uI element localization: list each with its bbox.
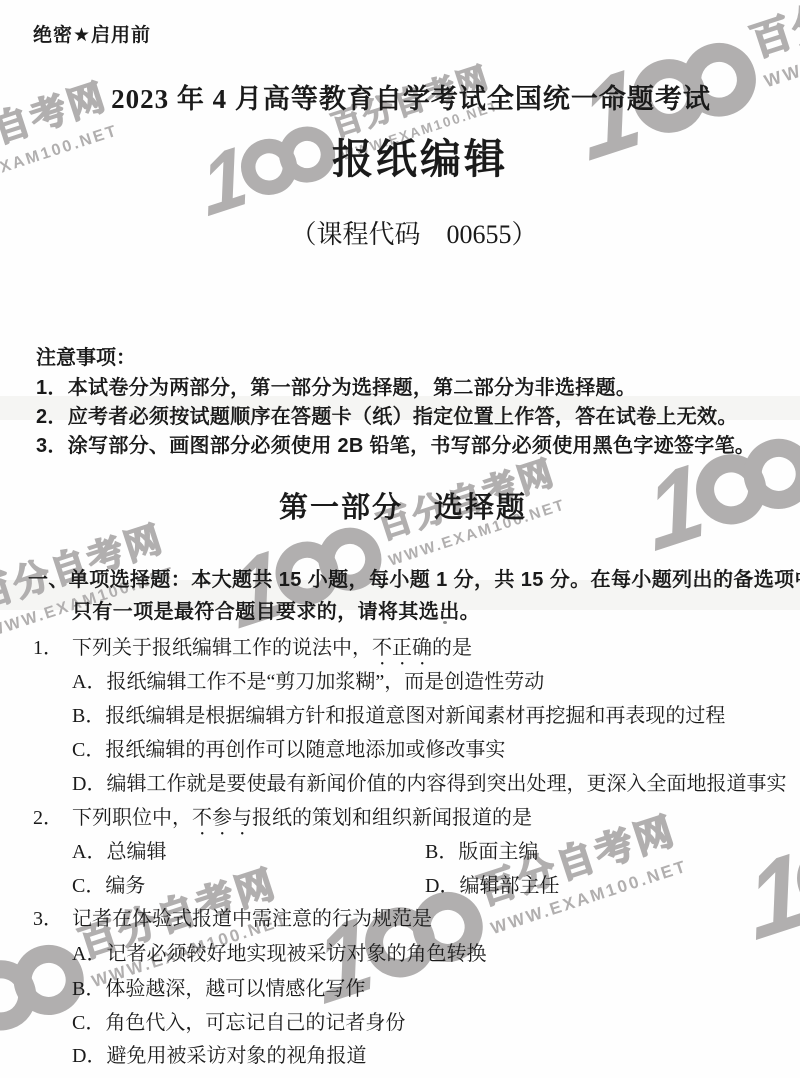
question-2-options-row-2: C．编务 D．编辑部主任 [72,869,145,898]
question-1-option-c: C．报纸编辑的再创作可以随意地添加或修改事实 [72,733,505,762]
emphasized-text: 不参与 [192,807,252,829]
course-code: （课程代码 00655） [0,214,800,251]
question-3-text: 记者在体验式报道中需注意的行为规范是 [72,908,432,930]
question-3-number: 3． [33,902,72,931]
question-3: 3．记者在体验式报道中需注意的行为规范是 [33,902,432,931]
question-2-option-a: A．总编辑 [72,841,166,863]
question-3-option-b: B．体验越深，越可以情感化写作 [72,972,365,1001]
question-3-option-d: D．避免用被采访对象的视角报道 [72,1039,366,1068]
question-1-option-d: D．编辑工作就是要使最有新闻价值的内容得到突出处理，更深入全面地报道事实 [72,767,786,796]
secret-label: 绝密★启用前 [33,20,151,47]
notice-item-3: 3．涂写部分、画图部分必须使用 2B 铅笔，书写部分必须使用黑色字迹签字笔。 [36,429,755,458]
ring-icon [0,951,45,1039]
notice-item-2: 2．应考者必须按试题顺序在答题卡（纸）指定位置上作答，答在试卷上无效。 [36,400,738,429]
question-3-option-a: A．记者必须较好地实现被采访对象的角色转换 [72,937,486,966]
emphasized-text: 不正确 [372,637,432,659]
section-intro-line-2: 只有一项是最符合题目要求的，请将其选出。 [72,595,480,624]
exam-title: 2023 年 4 月高等教育自学考试全国统一命题考试 [0,77,800,116]
question-1-option-b: B．报纸编辑是根据编辑方针和报道意图对新闻素材再挖掘和再表现的过程 [72,699,725,728]
question-2-text: 下列职位中，不参与报纸的策划和组织新闻报道的是 [72,807,532,829]
notice-item-1: 1．本试卷分为两部分，第一部分为选择题，第二部分为非选择题。 [36,371,636,400]
question-2-option-d: D．编辑部主任 [425,869,559,898]
watermark-brand-text: 百分自考网 [746,0,800,67]
subject-title: 报纸编辑 [0,126,800,185]
question-1-number: 1． [33,631,72,660]
question-2-option-c: C．编务 [72,875,145,897]
question-2-number: 2． [33,801,72,830]
question-3-option-c: C．角色代入，可忘记自己的记者身份 [72,1006,405,1035]
section-intro-line-1: 一、单项选择题：本大题共 15 小题，每小题 1 分，共 15 分。在每小题列出… [28,563,800,592]
ring-icon [788,834,800,922]
exam100-logo-icon: 1 [735,808,800,949]
question-1-option-a: A．报纸编辑工作不是“剪刀加浆糊”，而是创造性劳动 [72,665,544,694]
watermark-number: 1 [743,841,800,951]
exam-paper-page: 1 百分自考网WWW.EXAM100.NET 1 百分自考网WWW.EXAM10… [0,0,800,1078]
section-heading: 第一部分 选择题 [0,485,800,526]
question-2-option-b: B．版面主编 [425,835,538,864]
notice-heading: 注意事项： [36,341,136,370]
question-1-text: 下列关于报纸编辑工作的说法中，不正确的是 [72,637,472,659]
question-2-options-row-1: A．总编辑 B．版面主编 [72,835,166,864]
